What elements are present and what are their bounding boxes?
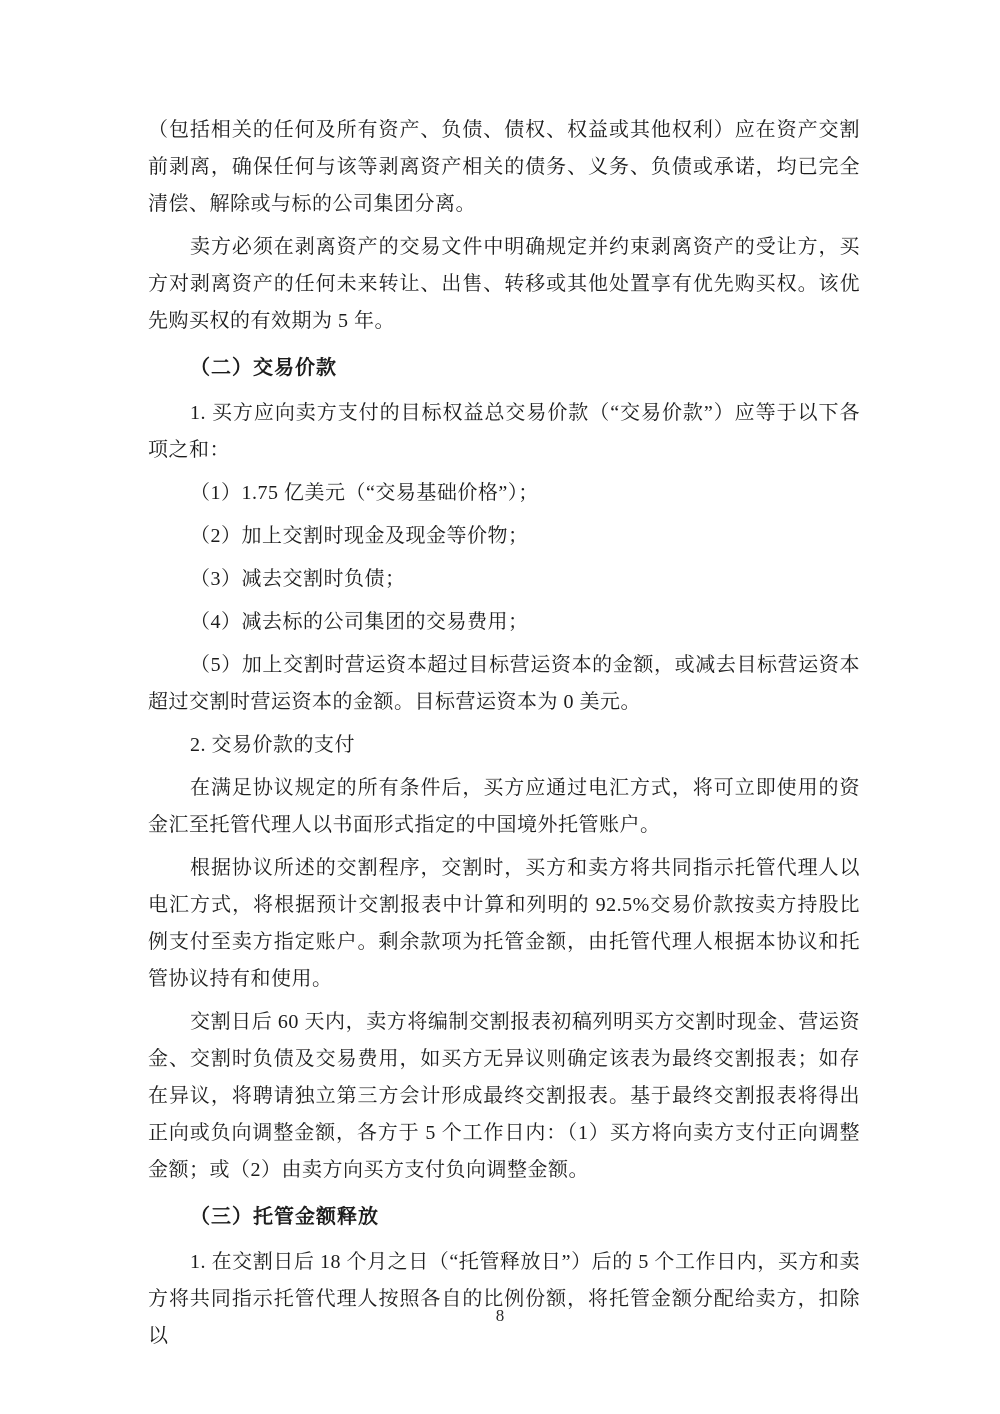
document-page: （包括相关的任何及所有资产、负债、债权、权益或其他权利）应在资产交割前剥离，确保… xyxy=(0,0,1000,1414)
list-item-working-capital: （5）加上交割时营运资本超过目标营运资本的金额，或减去目标营运资本超过交割时营运… xyxy=(148,647,860,721)
section-heading-transaction-price: （二）交易价款 xyxy=(148,350,860,387)
paragraph-payment-subheading: 2. 交易价款的支付 xyxy=(148,727,860,764)
list-item-base-price: （1）1.75 亿美元（“交易基础价格”）； xyxy=(148,475,860,512)
document-content: （包括相关的任何及所有资产、负债、债权、权益或其他权利）应在资产交割前剥离，确保… xyxy=(148,112,860,1361)
paragraph-price-definition: 1. 买方应向卖方支付的目标权益总交易价款（“交易价款”）应等于以下各项之和： xyxy=(148,395,860,469)
continued-paragraph: （包括相关的任何及所有资产、负债、债权、权益或其他权利）应在资产交割前剥离，确保… xyxy=(148,112,860,223)
list-item-liabilities: （3）减去交割时负债； xyxy=(148,561,860,598)
paragraph-preemptive-right: 卖方必须在剥离资产的交易文件中明确规定并约束剥离资产的受让方，买方对剥离资产的任… xyxy=(148,229,860,340)
page-number: 8 xyxy=(0,1304,1000,1328)
section-heading-escrow-release: （三）托管金额释放 xyxy=(148,1199,860,1236)
paragraph-closing-procedure: 根据协议所述的交割程序，交割时，买方和卖方将共同指示托管代理人以电汇方式，将根据… xyxy=(148,850,860,998)
list-item-cash-equivalents: （2）加上交割时现金及现金等价物； xyxy=(148,518,860,555)
paragraph-wire-transfer: 在满足协议规定的所有条件后，买方应通过电汇方式，将可立即使用的资金汇至托管代理人… xyxy=(148,770,860,844)
list-item-transaction-fees: （4）减去标的公司集团的交易费用； xyxy=(148,604,860,641)
paragraph-closing-statement: 交割日后 60 天内，卖方将编制交割报表初稿列明买方交割时现金、营运资金、交割时… xyxy=(148,1004,860,1189)
paragraph-escrow-release: 1. 在交割日后 18 个月之日（“托管释放日”）后的 5 个工作日内，买方和卖… xyxy=(148,1244,860,1355)
